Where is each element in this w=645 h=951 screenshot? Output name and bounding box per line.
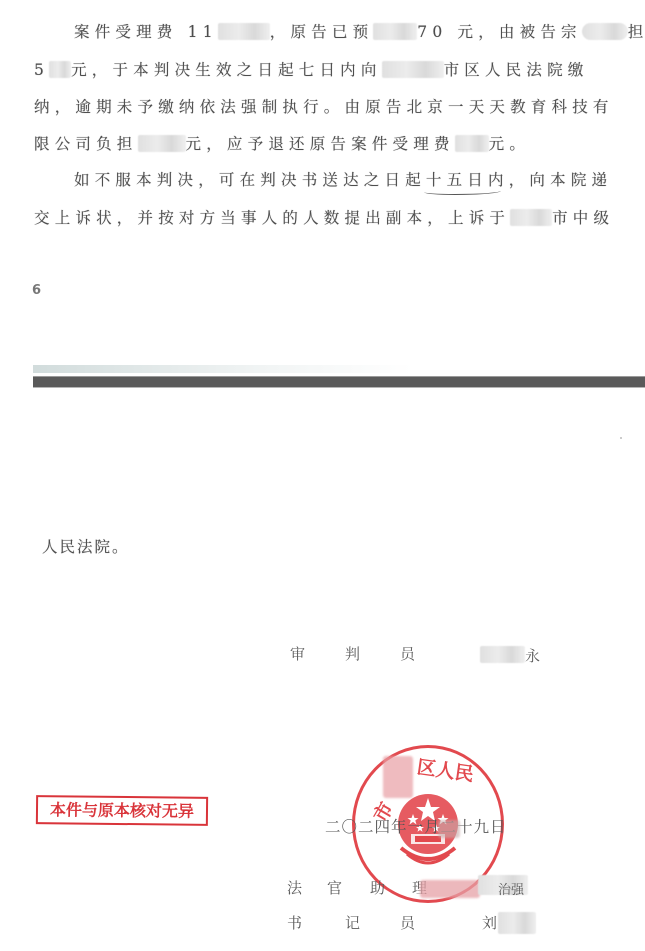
clerk-label-char: 员 bbox=[400, 912, 415, 933]
continuation-text: 人民法院。 bbox=[42, 537, 130, 557]
certification-stamp: 本件与原本核对无异 bbox=[36, 795, 208, 826]
redaction-blur bbox=[49, 61, 71, 78]
fee-paragraph-line-2: 5元，于本判决生效之日起七日内向市区人民法院缴 bbox=[34, 60, 588, 80]
judge-name-redaction bbox=[480, 646, 525, 663]
text-segment: 交上诉状，并按对方当事人的人数提出副本，上诉于 bbox=[34, 209, 510, 227]
text-segment: 5 bbox=[34, 61, 49, 79]
text-segment: 限公司负担 bbox=[34, 135, 138, 153]
text-segment: 元，应予退还原告案件受理费 bbox=[186, 135, 455, 153]
judge-label-char: 审 bbox=[290, 643, 305, 664]
redaction-blur bbox=[510, 209, 552, 226]
text-segment: 市区人民法院缴 bbox=[444, 61, 589, 79]
scan-speck bbox=[620, 437, 622, 439]
judge-label-char: 员 bbox=[400, 643, 415, 664]
text-segment: 元，于本判决生效之日起七日内向 bbox=[71, 61, 382, 79]
text-segment: 元。 bbox=[489, 135, 530, 153]
redaction-blur bbox=[138, 135, 186, 152]
judge-label-char: 判 bbox=[345, 643, 360, 664]
fee-paragraph-line-1: 案件受理费 11，原告已预70 元，由被告宗担 bbox=[74, 22, 645, 42]
assistant-label-char: 官 bbox=[327, 877, 342, 898]
assistant-name-redaction bbox=[420, 880, 480, 898]
text-segment: 市中级 bbox=[552, 209, 614, 227]
assistant-label-char: 法 bbox=[287, 877, 302, 898]
redaction-blur bbox=[582, 23, 628, 40]
page-break-divider bbox=[33, 376, 645, 388]
redaction-blur bbox=[382, 61, 444, 78]
text-segment: 70 元，由被告宗 bbox=[417, 23, 581, 41]
appeal-paragraph-line-1: 如不服本判决，可在判决书送达之日起十五日内，向本院递 bbox=[74, 170, 612, 190]
clerk-label-char: 书 bbox=[287, 912, 302, 933]
fee-paragraph-line-4: 限公司负担元，应予退还原告案件受理费元。 bbox=[34, 134, 530, 154]
clerk-label-char: 记 bbox=[345, 912, 360, 933]
text-segment: ，原告已预 bbox=[270, 23, 374, 41]
assistant-name: 治强 bbox=[498, 879, 524, 898]
assistant-label-char: 助 bbox=[370, 877, 385, 898]
judgment-date: 二〇二四年一月二十九日 bbox=[325, 815, 507, 837]
redaction-blur bbox=[218, 23, 270, 40]
text-segment: 案件受理费 11 bbox=[74, 23, 218, 41]
redaction-blur bbox=[455, 135, 489, 152]
seal-text-top: 区人民 bbox=[415, 752, 475, 787]
judge-name: 永 bbox=[525, 645, 540, 666]
appeal-paragraph-line-2: 交上诉状，并按对方当事人的人数提出副本，上诉于市中级 bbox=[34, 208, 614, 228]
page-number-fragment: 6 bbox=[32, 283, 41, 298]
text-segment: ，向本院递 bbox=[509, 171, 613, 189]
date-redaction bbox=[438, 820, 460, 838]
clerk-name-redaction bbox=[498, 912, 536, 934]
text-segment: 担 bbox=[628, 23, 645, 41]
handwritten-underline-deadline: 十五日内 bbox=[426, 170, 509, 190]
text-segment: 如不服本判决，可在判决书送达之日起 bbox=[74, 171, 426, 189]
page-edge-shadow bbox=[33, 365, 413, 373]
fee-paragraph-line-3: 纳，逾期未予缴纳依法强制执行。由原告北京一天天教育科技有 bbox=[34, 97, 614, 117]
clerk-name: 刘 bbox=[482, 912, 497, 933]
redaction-blur bbox=[373, 23, 417, 40]
judgment-document-page: 案件受理费 11，原告已预70 元，由被告宗担 5元，于本判决生效之日起七日内向… bbox=[0, 0, 645, 951]
